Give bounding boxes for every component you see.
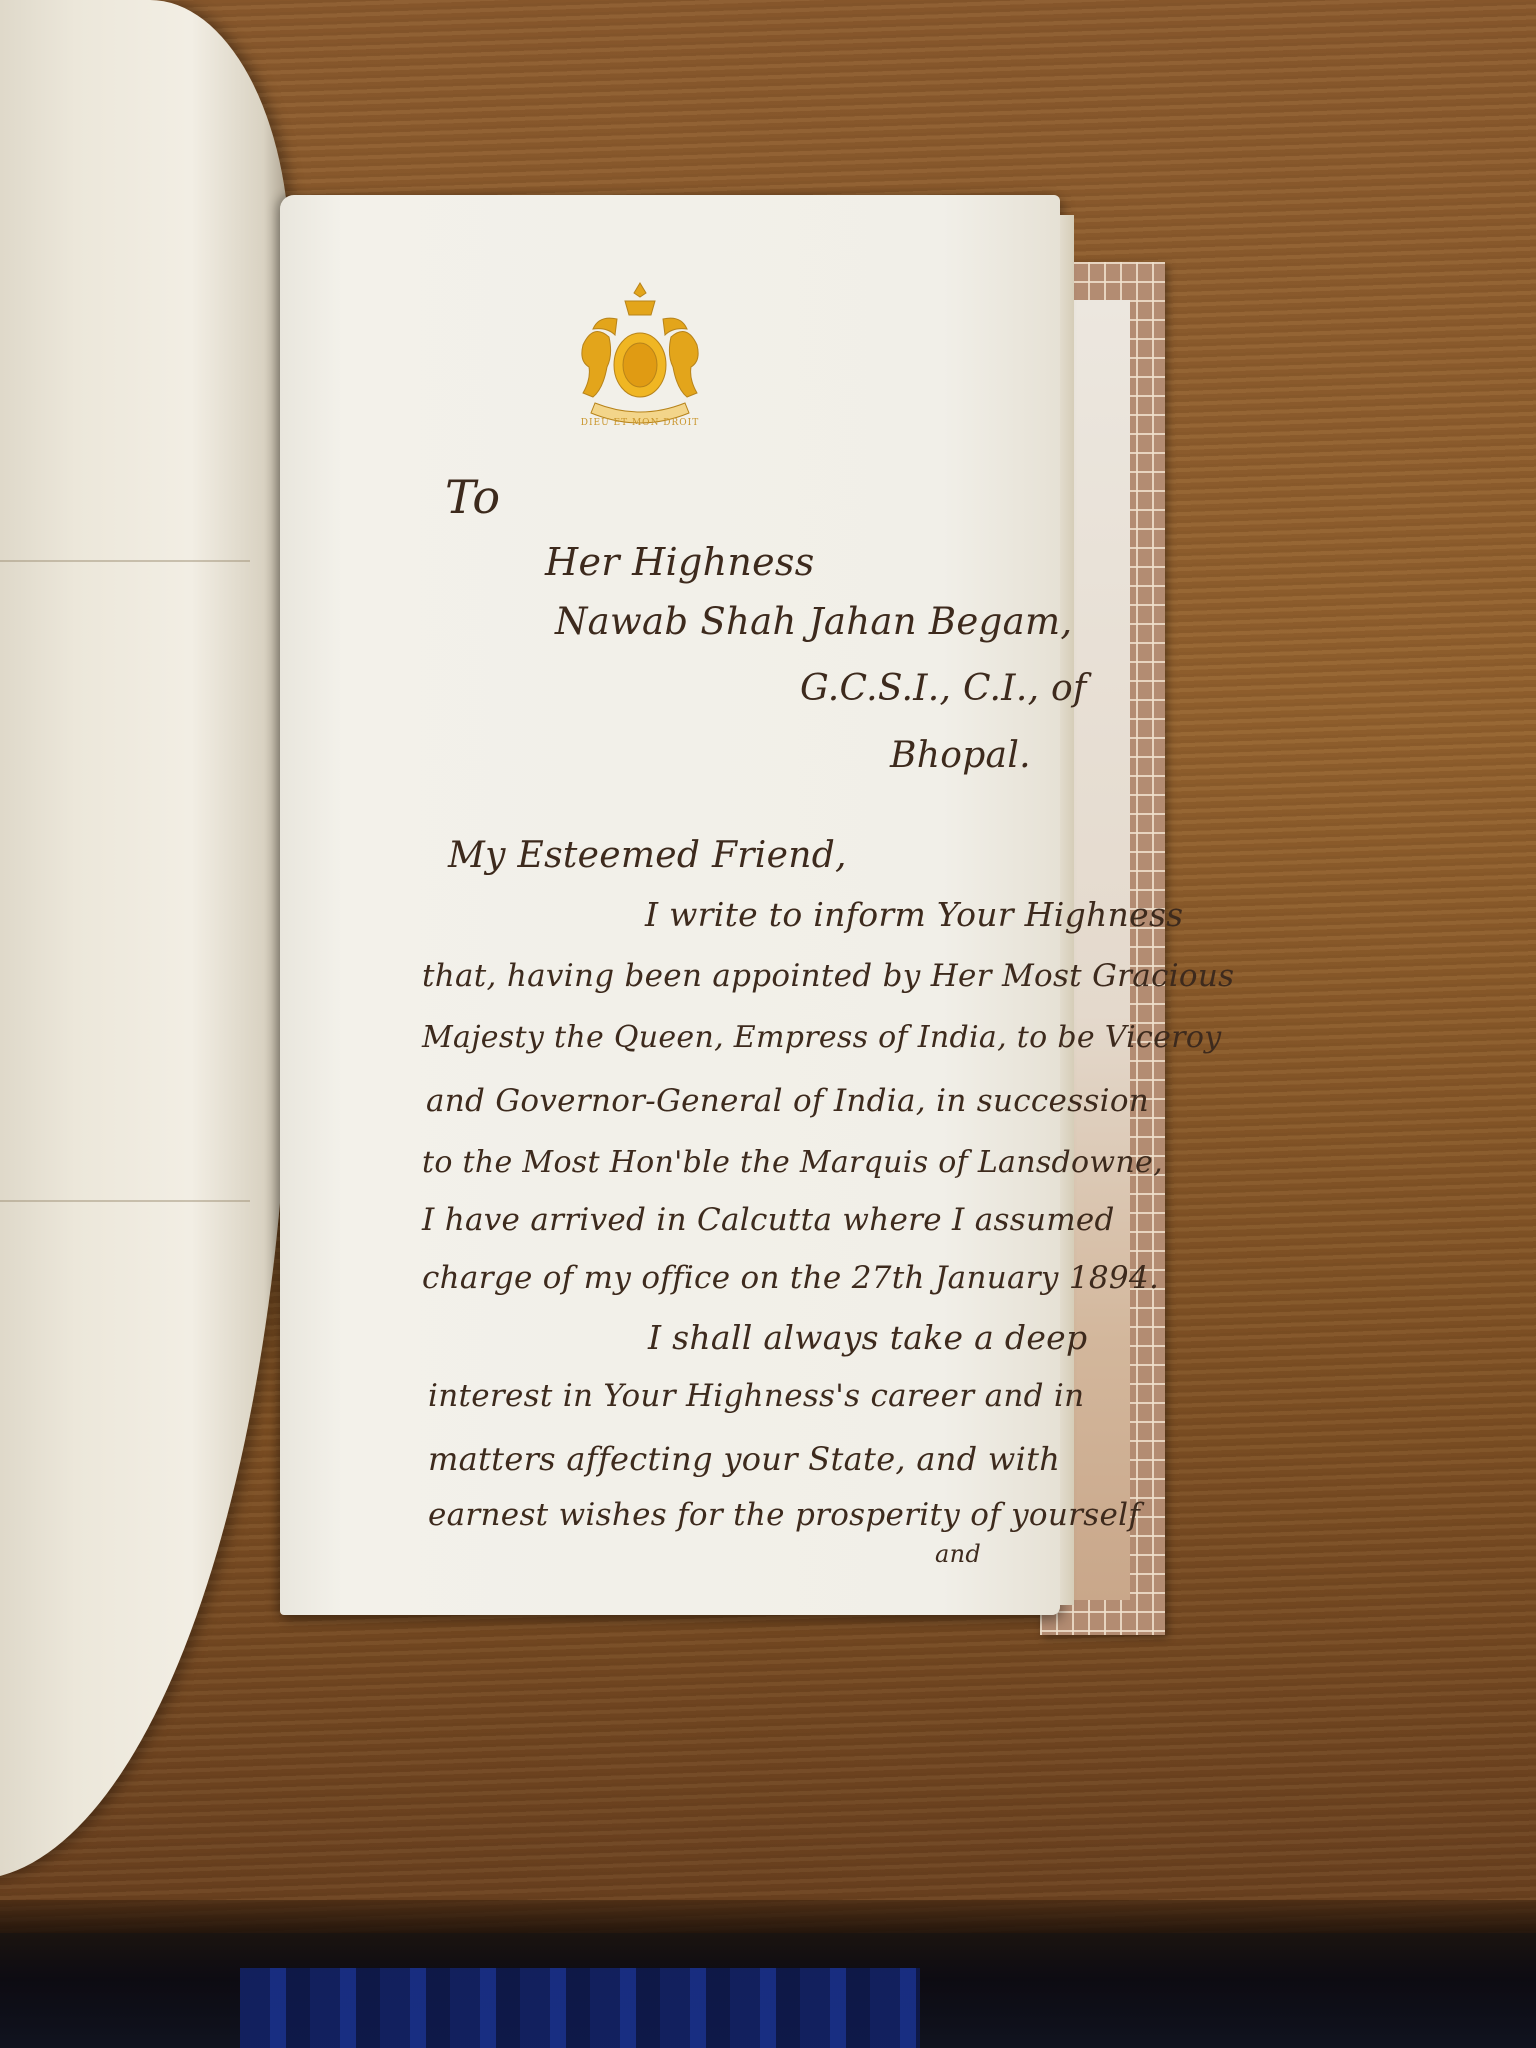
body-line: I write to inform Your Highness bbox=[645, 895, 1183, 934]
addressee-line-3: G.C.S.I., C.I., of bbox=[800, 668, 1087, 709]
salutation: My Esteemed Friend, bbox=[448, 835, 847, 876]
body-line: I have arrived in Calcutta where I assum… bbox=[422, 1202, 1115, 1238]
royal-coat-of-arms-icon: DIEU ET MON DROIT bbox=[555, 275, 725, 435]
body-line: matters affecting your State, and with bbox=[428, 1440, 1060, 1478]
page-fold-line bbox=[0, 1200, 250, 1202]
body-line: interest in Your Highness's career and i… bbox=[428, 1378, 1084, 1414]
body-line: I shall always take a deep bbox=[648, 1318, 1087, 1357]
body-line: Majesty the Queen, Empress of India, to … bbox=[422, 1020, 1221, 1055]
body-line: that, having been appointed by Her Most … bbox=[422, 958, 1234, 994]
addressee-line-1: Her Highness bbox=[545, 540, 815, 584]
body-line: to the Most Hon'ble the Marquis of Lansd… bbox=[422, 1145, 1163, 1180]
svg-text:DIEU ET MON DROIT: DIEU ET MON DROIT bbox=[581, 418, 699, 428]
addressee-line-2: Nawab Shah Jahan Begam, bbox=[555, 600, 1072, 643]
left-page-curled bbox=[0, 0, 290, 1880]
catchword: and bbox=[935, 1540, 981, 1568]
body-line: and Governor-General of India, in succes… bbox=[426, 1083, 1149, 1119]
blue-fabric bbox=[240, 1968, 920, 2048]
body-line: charge of my office on the 27th January … bbox=[422, 1260, 1159, 1296]
addressee-line-4: Bhopal. bbox=[890, 735, 1031, 776]
letter-to: To bbox=[445, 470, 500, 524]
body-line: earnest wishes for the prosperity of you… bbox=[428, 1497, 1140, 1533]
page-fold-line bbox=[0, 560, 250, 562]
